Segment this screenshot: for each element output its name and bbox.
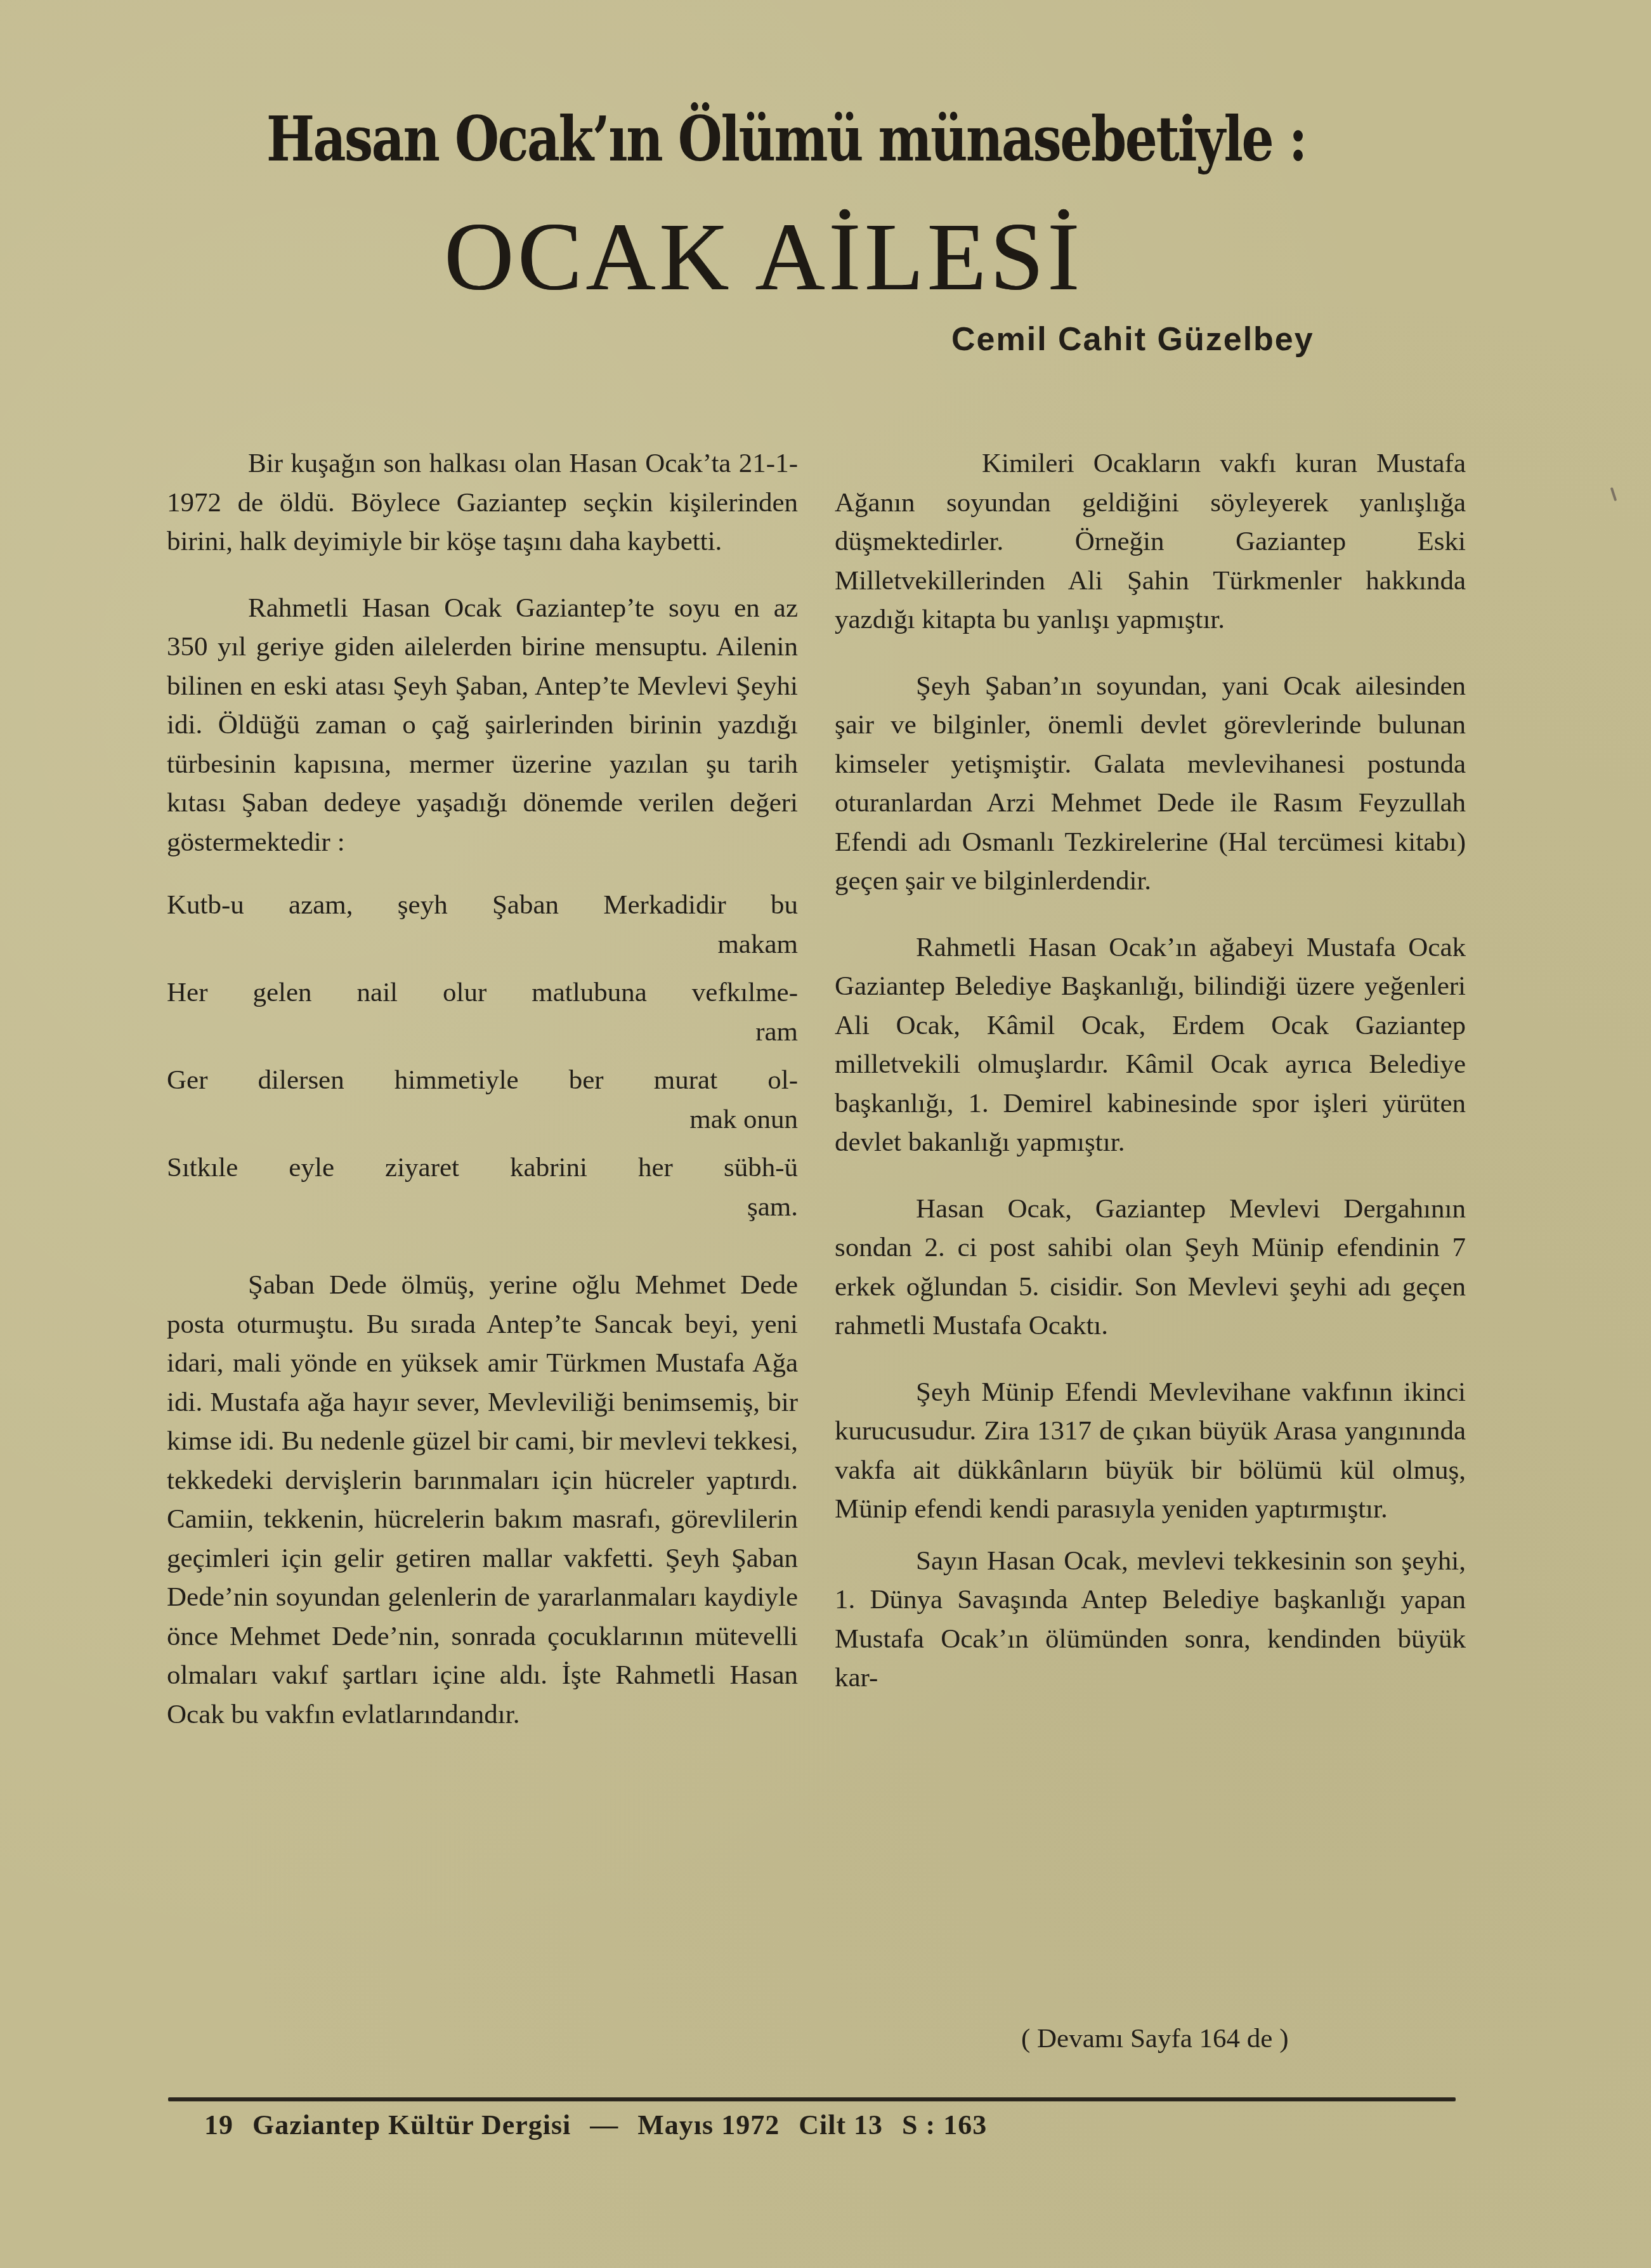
footer-rule: [168, 2097, 1456, 2101]
article-kicker: Hasan Ocak’ın Ölümü münasebetiyle :: [266, 102, 1192, 178]
article-author: Cemil Cahit Güzelbey: [951, 320, 1314, 358]
epitaph-verse: Kutb-u azam, şeyh Şaban Merkadidir bu ma…: [167, 886, 798, 1226]
verse-line-end: şam.: [167, 1188, 798, 1227]
volume: Cilt 13: [799, 2109, 883, 2140]
paragraph: Şeyh Şaban’ın soyundan, yani Ocak ailesi…: [835, 667, 1466, 901]
page-footer: 19 Gaziantep Kültür Dergisi — Mayıs 1972…: [204, 2106, 1346, 2144]
journal-name: Gaziantep Kültür Dergisi: [252, 2109, 571, 2140]
magazine-page: Hasan Ocak’ın Ölümü münasebetiyle : OCAK…: [0, 0, 1651, 2268]
paper-blemish: [1610, 487, 1617, 501]
verse-line: Kutb-u azam, şeyh Şaban Merkadidir bu: [167, 886, 798, 925]
article-title: OCAK AİLESİ: [444, 203, 1205, 311]
left-column: Bir kuşağın son halkası olan Hasan Ocak’…: [167, 444, 798, 1761]
verse-line: Ger dilersen himmetiyle ber murat ol-: [167, 1061, 798, 1100]
paragraph: Kimileri Ocakların vakfı kuran Mustafa A…: [835, 444, 1466, 639]
verse-line-end: mak onun: [167, 1100, 798, 1139]
paragraph: Bir kuşağın son halkası olan Hasan Ocak’…: [167, 444, 798, 561]
paragraph: Şaban Dede ölmüş, yerine oğlu Mehmet Ded…: [167, 1266, 798, 1734]
right-column: Kimileri Ocakların vakfı kuran Mustafa A…: [835, 444, 1466, 1725]
paragraph: Hasan Ocak, Gaziantep Mevlevi Dergahının…: [835, 1190, 1466, 1346]
verse-line: Her gelen nail olur matlubuna vefkılme-: [167, 973, 798, 1013]
issue-date: Mayıs 1972: [637, 2109, 780, 2140]
page-number: 19: [204, 2109, 233, 2140]
paragraph: Sayın Hasan Ocak, mevlevi tekkesinin son…: [835, 1542, 1466, 1698]
paragraph: Rahmetli Hasan Ocak’ın ağabeyi Mustafa O…: [835, 928, 1466, 1162]
footer-dash: —: [590, 2109, 618, 2140]
continued-note: ( Devamı Sayfa 164 de ): [1021, 2020, 1289, 2058]
paragraph: Rahmetli Hasan Ocak Gaziantep’te soyu en…: [167, 589, 798, 862]
page-reference: S : 163: [902, 2109, 987, 2140]
verse-line: Sıtkıle eyle ziyaret kabrini her sübh-ü: [167, 1148, 798, 1188]
verse-line-end: makam: [167, 925, 798, 964]
paragraph: Şeyh Münip Efendi Mevlevihane vakfının i…: [835, 1373, 1466, 1529]
verse-line-end: ram: [167, 1013, 798, 1052]
